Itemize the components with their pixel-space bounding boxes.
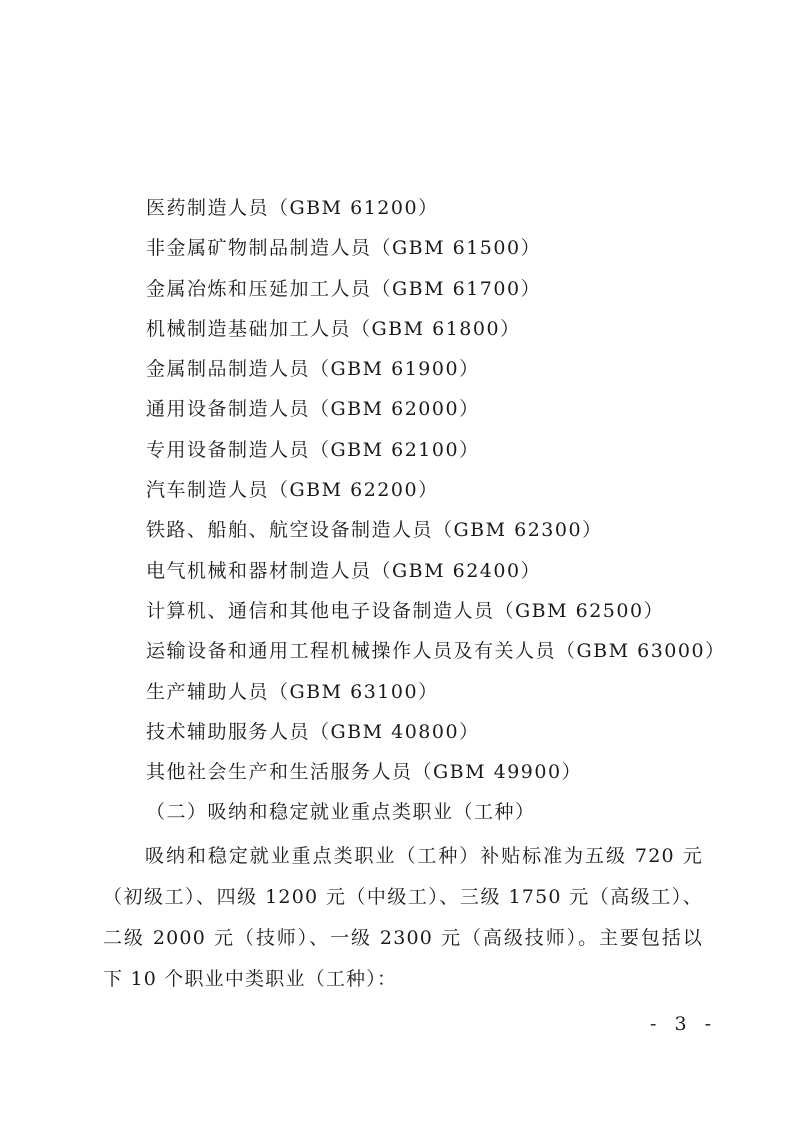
list-item: 其他社会生产和生活服务人员（GBM 49900） — [146, 757, 726, 797]
subsidy-paragraph: 吸纳和稳定就业重点类职业（工种）补贴标准为五级 720 元（初级工）、四级 12… — [103, 836, 703, 1000]
list-item: 非金属矿物制品制造人员（GBM 61500） — [146, 233, 726, 273]
occupation-list: 医药制造人员（GBM 61200） 非金属矿物制品制造人员（GBM 61500）… — [146, 193, 726, 797]
list-item: 医药制造人员（GBM 61200） — [146, 193, 726, 233]
document-page: 医药制造人员（GBM 61200） 非金属矿物制品制造人员（GBM 61500）… — [0, 0, 793, 1122]
list-item: 运输设备和通用工程机械操作人员及有关人员（GBM 63000） — [146, 636, 726, 676]
list-item: 金属制品制造人员（GBM 61900） — [146, 354, 726, 394]
section-heading: （二）吸纳和稳定就业重点类职业（工种） — [146, 797, 536, 827]
page-number: - 3 - — [650, 1013, 717, 1035]
list-item: 计算机、通信和其他电子设备制造人员（GBM 62500） — [146, 596, 726, 636]
list-item: 金属冶炼和压延加工人员（GBM 61700） — [146, 274, 726, 314]
list-item: 通用设备制造人员（GBM 62000） — [146, 394, 726, 434]
list-item: 专用设备制造人员（GBM 62100） — [146, 435, 726, 475]
list-item: 技术辅助服务人员（GBM 40800） — [146, 717, 726, 757]
list-item: 生产辅助人员（GBM 63100） — [146, 677, 726, 717]
list-item: 汽车制造人员（GBM 62200） — [146, 475, 726, 515]
list-item: 机械制造基础加工人员（GBM 61800） — [146, 314, 726, 354]
list-item: 铁路、船舶、航空设备制造人员（GBM 62300） — [146, 515, 726, 555]
list-item: 电气机械和器材制造人员（GBM 62400） — [146, 556, 726, 596]
